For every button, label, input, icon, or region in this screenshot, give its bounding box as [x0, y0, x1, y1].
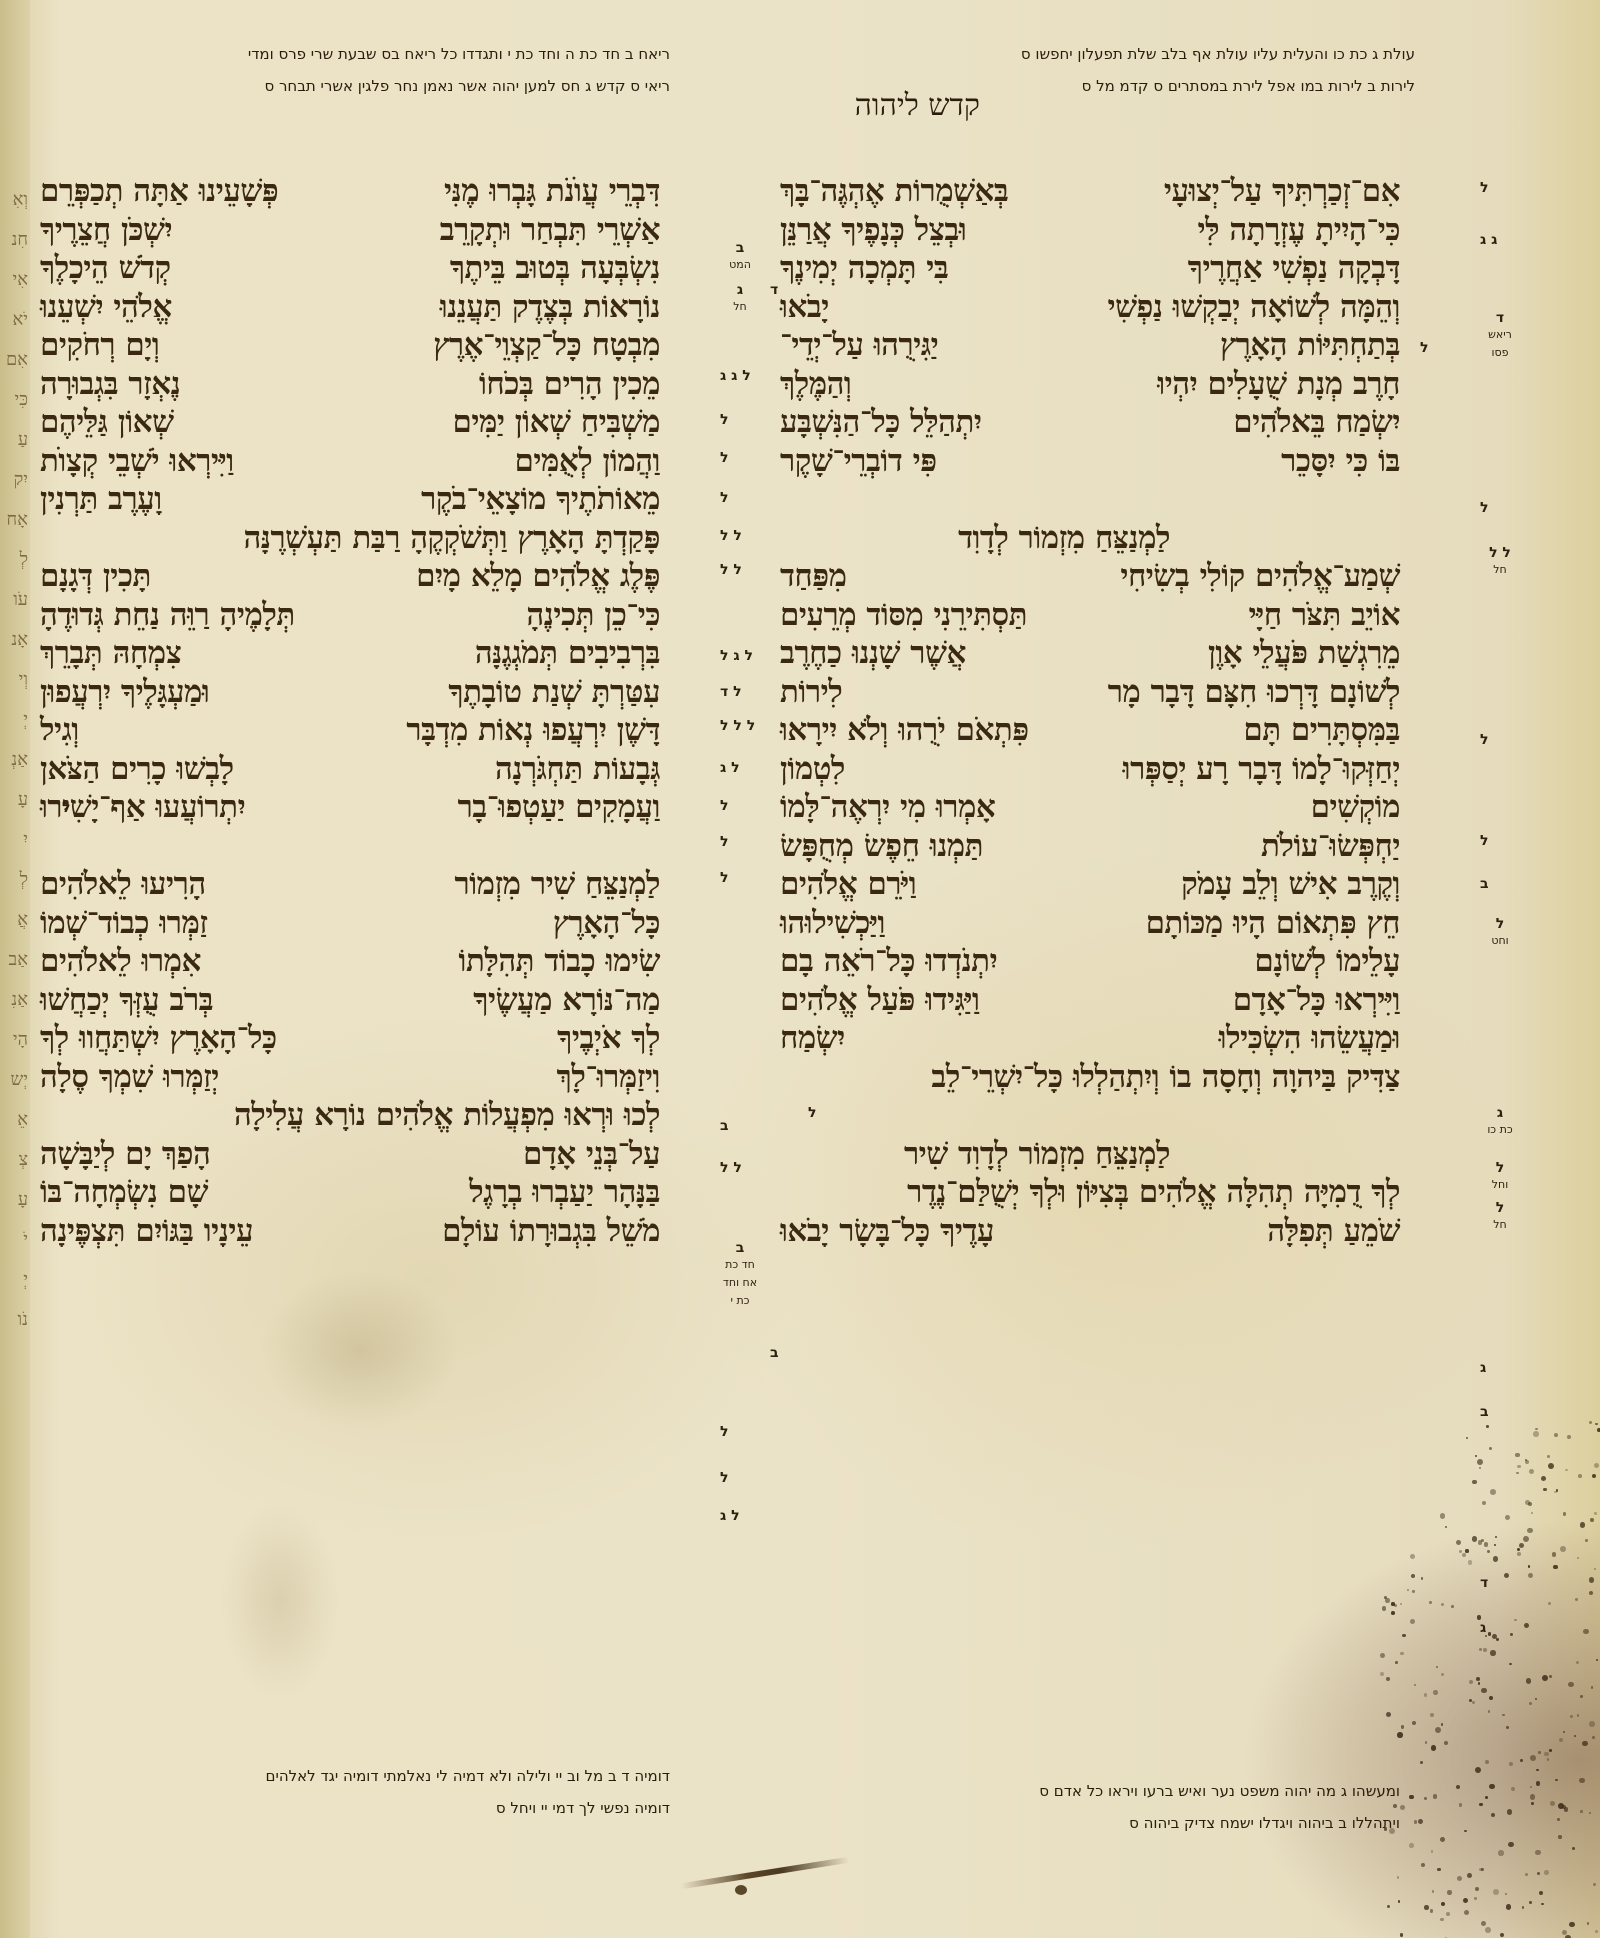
masorah-line: דומיה ד ב מל וב יי ולילה ולא דמיה לי נאל… — [266, 1760, 670, 1792]
ink-blot — [735, 1885, 747, 1895]
masorah-magna-bottom-right: ומעשהו ג מה יהוה משפט נער ואיש ברעו וירא… — [1039, 1775, 1400, 1839]
masorah-line: דומיה נפשי לך דמי יי ויחל ס — [266, 1792, 670, 1824]
marginal-mark: ל — [62, 800, 70, 816]
masorah-line: ומעשהו ג מה יהוה משפט נער ואיש ברעו וירא… — [1039, 1775, 1400, 1807]
masorah-magna-bottom-left: דומיה ד ב מל וב יי ולילה ולא דמיה לי נאל… — [266, 1760, 670, 1824]
marginal-mark: ל — [808, 1105, 816, 1121]
masorah-line: ויתהללו ב ביהוה ויגדלו ישמח צדיק ביהוה ס — [1039, 1807, 1400, 1839]
manuscript-page: וְאִחִנאִייֹאאִםכִּיעַיִקאָחלְעֹואָנוְיי… — [0, 0, 1600, 1938]
between-marks: לל — [0, 0, 1600, 1938]
